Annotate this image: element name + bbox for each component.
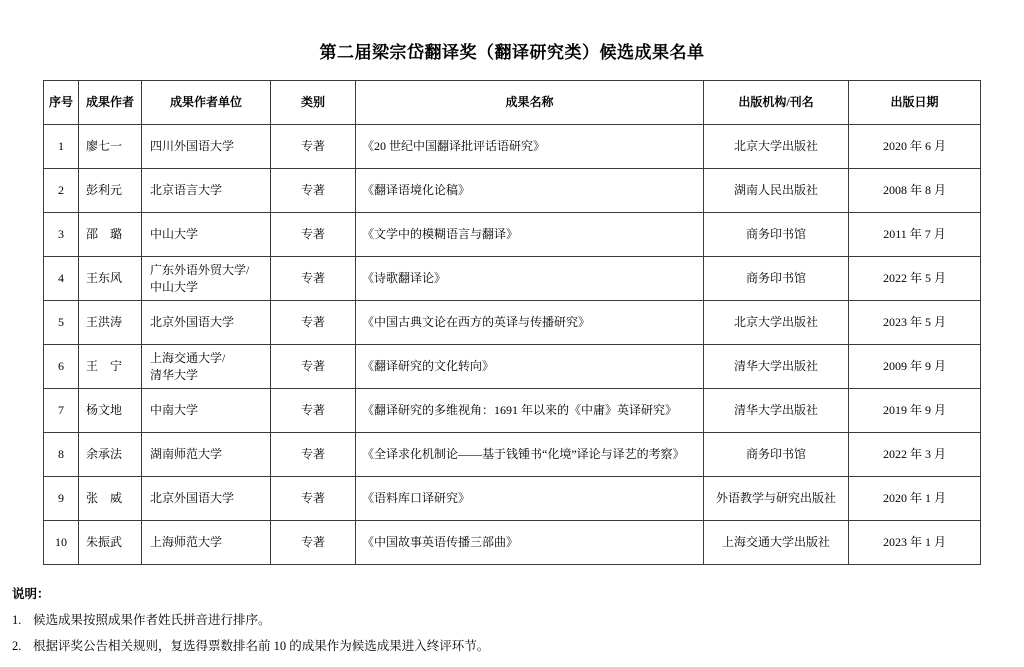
cell-index: 2 [44,169,79,213]
note-number: 2. [12,638,33,655]
cell-title: 《文学中的模糊语言与翻译》 [356,213,704,257]
cell-author: 邵 璐 [79,213,142,257]
cell-publisher: 北京大学出版社 [704,301,849,345]
cell-institution: 中山大学 [142,213,271,257]
cell-author: 王 宁 [79,345,142,389]
cell-date: 2011 年 7 月 [849,213,981,257]
cell-category: 专著 [271,257,356,301]
cell-publisher: 商务印书馆 [704,257,849,301]
table-row: 1廖七一四川外国语大学专著《20 世纪中国翻译批评话语研究》北京大学出版社202… [44,125,981,169]
cell-date: 2022 年 5 月 [849,257,981,301]
page-title: 第二届梁宗岱翻译奖（翻译研究类）候选成果名单 [0,38,1024,63]
note-item: 1. 候选成果按照成果作者姓氏拼音进行排序。 [12,612,992,629]
cell-index: 3 [44,213,79,257]
cell-date: 2020 年 1 月 [849,477,981,521]
cell-index: 9 [44,477,79,521]
cell-date: 2008 年 8 月 [849,169,981,213]
cell-institution: 湖南师范大学 [142,433,271,477]
cell-date: 2023 年 1 月 [849,521,981,565]
cell-index: 4 [44,257,79,301]
cell-publisher: 商务印书馆 [704,433,849,477]
cell-title: 《20 世纪中国翻译批评话语研究》 [356,125,704,169]
notes-heading: 说明： [12,586,992,603]
cell-institution: 四川外国语大学 [142,125,271,169]
cell-author: 杨文地 [79,389,142,433]
cell-category: 专著 [271,213,356,257]
cell-publisher: 北京大学出版社 [704,125,849,169]
table-row: 7杨文地中南大学专著《翻译研究的多维视角：1691 年以来的《中庸》英译研究》清… [44,389,981,433]
cell-title: 《语料库口译研究》 [356,477,704,521]
table-body: 1廖七一四川外国语大学专著《20 世纪中国翻译批评话语研究》北京大学出版社202… [44,125,981,565]
table-row: 8余承法湖南师范大学专著《全译求化机制论——基于钱锺书“化境”译论与译艺的考察》… [44,433,981,477]
table-row: 10朱振武上海师范大学专著《中国故事英语传播三部曲》上海交通大学出版社2023 … [44,521,981,565]
table-header-row: 序号 成果作者 成果作者单位 类别 成果名称 出版机构/刊名 出版日期 [44,81,981,125]
cell-institution: 北京外国语大学 [142,301,271,345]
cell-author: 廖七一 [79,125,142,169]
column-header-author: 成果作者 [79,81,142,125]
cell-index: 8 [44,433,79,477]
cell-institution: 上海师范大学 [142,521,271,565]
cell-date: 2019 年 9 月 [849,389,981,433]
cell-author: 王东风 [79,257,142,301]
cell-category: 专著 [271,301,356,345]
cell-author: 王洪涛 [79,301,142,345]
cell-category: 专著 [271,521,356,565]
cell-category: 专著 [271,477,356,521]
cell-publisher: 清华大学出版社 [704,345,849,389]
cell-author: 余承法 [79,433,142,477]
cell-category: 专著 [271,169,356,213]
cell-author: 彭利元 [79,169,142,213]
note-text: 根据评奖公告相关规则，复选得票数排名前 10 的成果作为候选成果进入终评环节。 [33,638,992,655]
cell-date: 2009 年 9 月 [849,345,981,389]
cell-index: 5 [44,301,79,345]
cell-date: 2022 年 3 月 [849,433,981,477]
cell-title: 《翻译语境化论稿》 [356,169,704,213]
table-row: 2彭利元北京语言大学专著《翻译语境化论稿》湖南人民出版社2008 年 8 月 [44,169,981,213]
cell-title: 《翻译研究的文化转向》 [356,345,704,389]
cell-title: 《诗歌翻译论》 [356,257,704,301]
cell-title: 《中国故事英语传播三部曲》 [356,521,704,565]
cell-index: 1 [44,125,79,169]
cell-category: 专著 [271,433,356,477]
cell-author: 朱振武 [79,521,142,565]
cell-index: 10 [44,521,79,565]
notes-section: 说明： 1. 候选成果按照成果作者姓氏拼音进行排序。 2. 根据评奖公告相关规则… [12,586,992,655]
column-header-category: 类别 [271,81,356,125]
cell-date: 2020 年 6 月 [849,125,981,169]
cell-title: 《全译求化机制论——基于钱锺书“化境”译论与译艺的考察》 [356,433,704,477]
column-header-institution: 成果作者单位 [142,81,271,125]
cell-institution: 北京语言大学 [142,169,271,213]
cell-title: 《中国古典文论在西方的英译与传播研究》 [356,301,704,345]
table-row: 4王东风广东外语外贸大学/ 中山大学专著《诗歌翻译论》商务印书馆2022 年 5… [44,257,981,301]
cell-institution: 北京外国语大学 [142,477,271,521]
column-header-index: 序号 [44,81,79,125]
cell-category: 专著 [271,125,356,169]
cell-publisher: 商务印书馆 [704,213,849,257]
column-header-publisher: 出版机构/刊名 [704,81,849,125]
note-number: 1. [12,612,33,629]
table-row: 9张 威北京外国语大学专著《语料库口译研究》外语教学与研究出版社2020 年 1… [44,477,981,521]
cell-index: 7 [44,389,79,433]
cell-author: 张 威 [79,477,142,521]
table-row: 5王洪涛北京外国语大学专著《中国古典文论在西方的英译与传播研究》北京大学出版社2… [44,301,981,345]
cell-category: 专著 [271,345,356,389]
cell-category: 专著 [271,389,356,433]
cell-publisher: 湖南人民出版社 [704,169,849,213]
cell-institution: 广东外语外贸大学/ 中山大学 [142,257,271,301]
cell-publisher: 外语教学与研究出版社 [704,477,849,521]
cell-institution: 上海交通大学/ 清华大学 [142,345,271,389]
cell-index: 6 [44,345,79,389]
cell-title: 《翻译研究的多维视角：1691 年以来的《中庸》英译研究》 [356,389,704,433]
column-header-date: 出版日期 [849,81,981,125]
cell-publisher: 上海交通大学出版社 [704,521,849,565]
note-text: 候选成果按照成果作者姓氏拼音进行排序。 [33,612,992,629]
cell-date: 2023 年 5 月 [849,301,981,345]
table-row: 6王 宁上海交通大学/ 清华大学专著《翻译研究的文化转向》清华大学出版社2009… [44,345,981,389]
cell-institution: 中南大学 [142,389,271,433]
column-header-title: 成果名称 [356,81,704,125]
candidate-results-table: 序号 成果作者 成果作者单位 类别 成果名称 出版机构/刊名 出版日期 1廖七一… [43,80,981,565]
cell-publisher: 清华大学出版社 [704,389,849,433]
table-row: 3邵 璐中山大学专著《文学中的模糊语言与翻译》商务印书馆2011 年 7 月 [44,213,981,257]
note-item: 2. 根据评奖公告相关规则，复选得票数排名前 10 的成果作为候选成果进入终评环… [12,638,992,655]
